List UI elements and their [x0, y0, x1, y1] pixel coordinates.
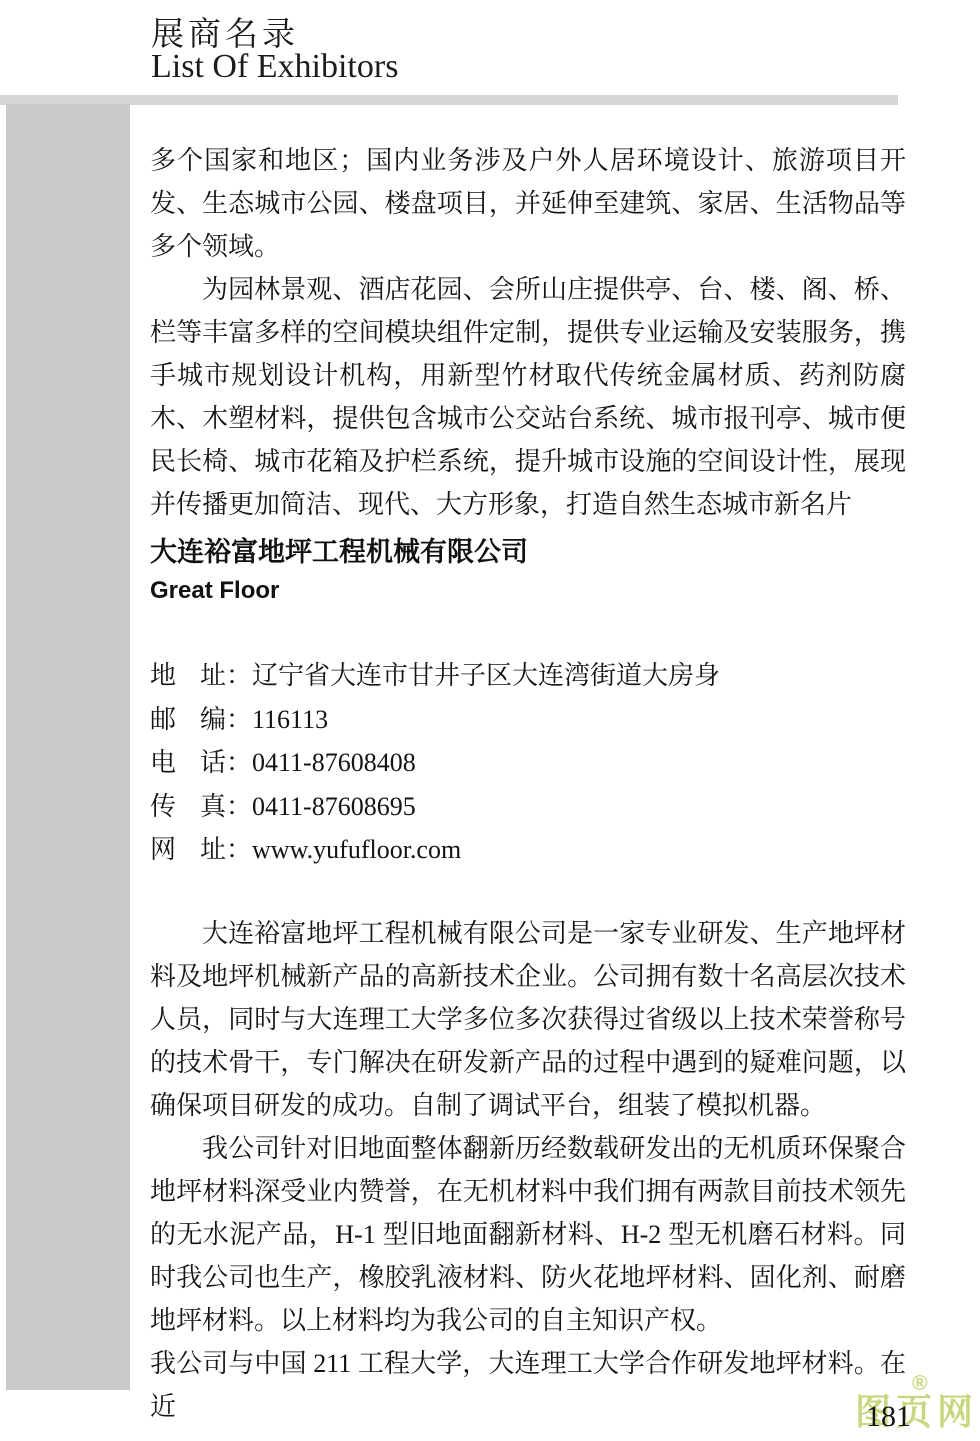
company-name-zh: 大连裕富地坪工程机械有限公司: [150, 530, 528, 569]
page-title-en: List Of Exhibitors: [151, 48, 398, 86]
left-margin-band: [6, 104, 130, 1390]
description-paragraph-1: 大连裕富地坪工程机械有限公司是一家专业研发、生产地坪材料及地坪机械新产品的高新技…: [150, 912, 906, 1127]
company-name-en: Great Floor: [150, 577, 279, 605]
description-paragraph-2: 我公司针对旧地面整体翻新历经数载研发出的无机质环保聚合地坪材料深受业内赞誉，在无…: [150, 1127, 906, 1342]
page-number: 181: [866, 1400, 911, 1434]
header-divider-bar: [0, 95, 898, 105]
contact-label: 地址: [150, 655, 226, 692]
contact-value-fax: 0411-87608695: [252, 792, 416, 822]
contact-value-zipcode: 116113: [252, 705, 328, 735]
description-paragraph-3: 我公司与中国 211 工程大学，大连理工大学合作研发地坪材料。在近: [150, 1342, 906, 1428]
contact-value-address: 辽宁省大连市甘井子区大连湾街道大房身: [252, 655, 720, 692]
intro-paragraph-2: 为园林景观、酒店花园、会所山庄提供亭、台、楼、阁、桥、栏等丰富多样的空间模块组件…: [150, 268, 906, 526]
contact-row-phone: 电话：0411-87608408: [150, 742, 906, 786]
contact-label: 邮编: [150, 699, 226, 736]
contact-row-fax: 传真：0411-87608695: [150, 786, 906, 830]
contact-row-address: 地址：辽宁省大连市甘井子区大连湾街道大房身: [150, 655, 906, 699]
contact-colon: ：: [226, 829, 252, 866]
contact-label: 电话: [150, 742, 226, 779]
contact-value-phone: 0411-87608408: [252, 748, 416, 778]
intro-paragraph-continued: 多个国家和地区；国内业务涉及户外人居环境设计、旅游项目开发、生态城市公园、楼盘项…: [150, 139, 906, 268]
contact-row-zipcode: 邮编：116113: [150, 699, 906, 743]
contact-value-website: www.yufufloor.com: [252, 835, 461, 865]
intro-text: 多个国家和地区；国内业务涉及户外人居环境设计、旅游项目开发、生态城市公园、楼盘项…: [150, 139, 906, 526]
contact-label: 传真: [150, 786, 226, 823]
contact-label: 网址: [150, 829, 226, 866]
catalog-page: 展商名录 List Of Exhibitors 多个国家和地区；国内业务涉及户外…: [0, 0, 980, 1441]
contact-info: 地址：辽宁省大连市甘井子区大连湾街道大房身 邮编：116113 电话：0411-…: [150, 655, 906, 873]
contact-colon: ：: [226, 699, 252, 736]
contact-row-website: 网址：www.yufufloor.com: [150, 829, 906, 873]
registered-trademark-icon: ®: [912, 1372, 927, 1396]
company-description: 大连裕富地坪工程机械有限公司是一家专业研发、生产地坪材料及地坪机械新产品的高新技…: [150, 912, 906, 1428]
contact-colon: ：: [226, 742, 252, 779]
contact-colon: ：: [226, 786, 252, 823]
contact-colon: ：: [226, 655, 252, 692]
